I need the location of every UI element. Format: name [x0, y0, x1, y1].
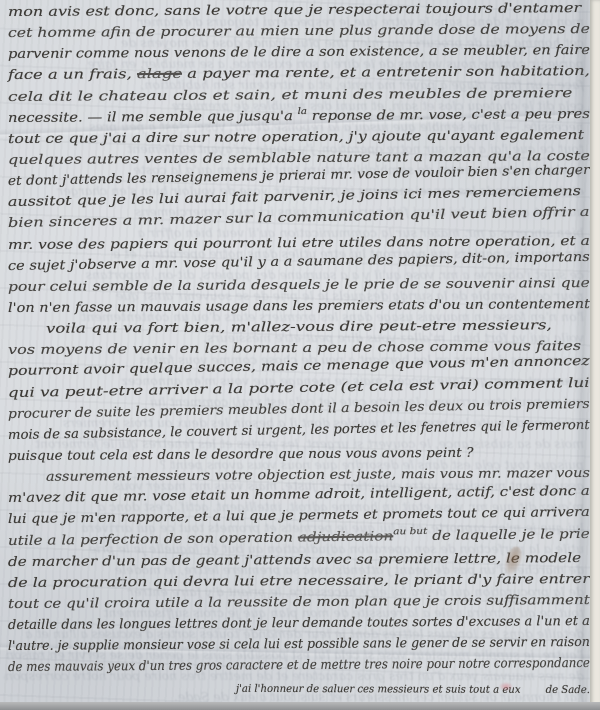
manuscript-text: au but [393, 526, 427, 536]
manuscript-text: reponse de mr. vose, c'est a peu pres [307, 107, 590, 124]
manuscript-text: tout ce qu'il croira utile a la reussite… [8, 593, 590, 612]
manuscript-text: cela dit le chateau clos et sain, et mun… [8, 86, 573, 105]
manuscript-text: face a un frais, [8, 68, 137, 84]
manuscript-text: de marcher d'un pas de geant j'attends a… [8, 551, 581, 570]
manuscript-text: j'ai l'honneur de saluer ces messieurs e… [236, 682, 521, 695]
manuscript-text: de mes mauvais yeux d'un tres gros carac… [8, 656, 590, 675]
letter-page: mon avis est donc, sans le votre que je … [0, 0, 600, 710]
manuscript-text: de Sade. [546, 683, 590, 695]
manuscript-text: tout ce que j'ai a dire sur notre operat… [8, 128, 584, 147]
manuscript-text: parvenir comme nous venons de le dire a … [8, 43, 590, 62]
manuscript-text: de la procuration qui devra lui etre nec… [8, 572, 590, 591]
manuscript-text: la [298, 107, 307, 117]
manuscript-text: de laquelle je le prie [427, 526, 590, 543]
manuscript-text: l'on n'en fasse un mauvais usage dans le… [8, 297, 590, 316]
manuscript-text: assurement messieurs votre objection est… [46, 466, 590, 485]
manuscript-text: mr. vose des papiers qui pourront lui et… [8, 233, 590, 252]
struck-out-word: alage [137, 67, 182, 82]
manuscript-text: pour celui semble de la surida desquels … [8, 276, 590, 295]
manuscript-text: detaille dans les longues lettres dont j… [8, 614, 590, 633]
manuscript-text: a payer ma rente, et a entretenir son ha… [182, 64, 590, 82]
manuscript-text: cet homme afin de procurer au mien une p… [8, 22, 590, 41]
manuscript-line: de mes mauvais yeux d'un tres gros carac… [8, 656, 590, 681]
scan-edge-right [590, 0, 600, 710]
manuscript-text: mon avis est donc, sans le votre que je … [8, 1, 581, 20]
scan-edge-bottom [0, 702, 600, 710]
manuscript-text: puisque tout cela est dans le desordre q… [8, 446, 474, 464]
manuscript-text: voila qui va fort bien, m'allez-vous dir… [46, 318, 552, 337]
struck-out-word: adjudication [298, 529, 394, 545]
manuscript-text: utile a la perfection de son operation [8, 530, 298, 549]
letter-body: mon avis est donc, sans le votre que je … [8, 5, 590, 703]
manuscript-text: l'autre. je supplie monsieur vose si cel… [8, 635, 590, 654]
manuscript-text: necessite. — il me semble que jusqu'a [8, 109, 298, 126]
